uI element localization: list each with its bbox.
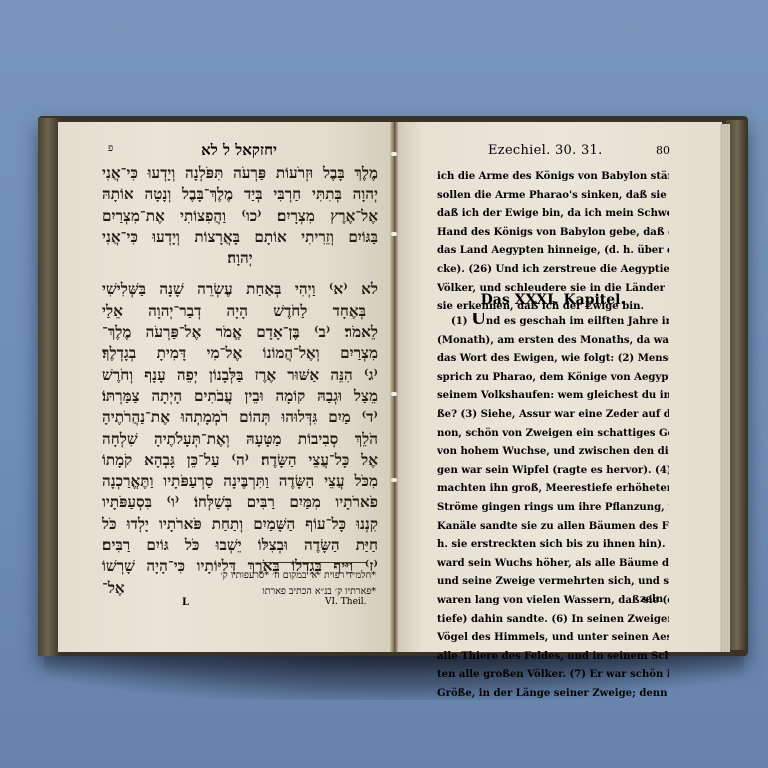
german-line: (Monath), am ersten des Monaths, da ward… (437, 332, 669, 351)
german-line: h. sie erstreckten sich bis zu ihnen hin… (437, 536, 669, 555)
german-line: non, schön von Zweigen ein schattiges Ge… (437, 425, 669, 444)
german-line: ße? (3) Siehe, Assur war eine Zeder auf … (437, 406, 669, 425)
page-number: 80 (656, 144, 670, 157)
hebrew-line: אֶל כָּל־עֲצֵי הַשָּׂדֶה׃ ⁽ה⁾ עַל־כֵּן ג… (102, 450, 378, 471)
hebrew-line: ⁽ד⁾ מַיִם גִּדְּלוּהוּ תְּהוֹם רֹמְמָתְה… (102, 407, 378, 428)
german-running-head: Ezechiel. 30. 31. 80 (410, 143, 710, 161)
hebrew-line: קִנְנוּ כָּל־עוֹף הַשָּׁמַיִם וְתַחַת פֹ… (102, 514, 378, 535)
signature-letter: L (182, 597, 189, 608)
volume-mark: VI. Theil. (325, 597, 367, 607)
german-line: Ströme gingen rings um ihre Pflanzung, u… (437, 499, 669, 518)
german-line: ich die Arme des Königs von Babylon stär… (437, 168, 669, 187)
footnote-rule (262, 562, 366, 563)
hebrew-line: מֶלֶךְ בָּבֶל וּזְרֹעוֹת פַּרְעֹה תִּפֹּ… (102, 163, 378, 184)
hebrew-line: בַּגּוֹיִם וְזֵרִיתִי אוֹתָם בָּאֲרָצוֹת… (102, 227, 378, 248)
german-line: Größe, in der Länge seiner Zweige; denn … (437, 685, 669, 704)
german-line: daß ich der Ewige bin, da ich mein Schwe… (437, 205, 669, 224)
german-first-line-text: nd es geschah im eilften Jahre im dritte… (486, 316, 669, 327)
hebrew-footnote: *חלמ״ד רפוית ״א׳ במקום ה׳ *סרעפותיו ק׳ (140, 568, 376, 584)
german-line: gen war sein Wipfel (ragte es hervor). (… (437, 462, 669, 481)
catchword: zeln (640, 594, 663, 605)
german-line: ten alle großen Völker. (7) Er war schön… (437, 666, 669, 685)
german-line: waren lang von vielen Wassern, daß sie (… (437, 592, 669, 611)
page-edges (720, 124, 730, 652)
book-cover-left-edge (38, 118, 60, 656)
german-line: sollen die Arme Pharao's sinken, daß sie… (437, 187, 669, 206)
german-line: cke). (26) Und ich zerstreue die Aegypti… (437, 261, 669, 280)
hebrew-line: אֶל־אֶרֶץ מִצְרָיִם׃ ⁽כו⁾ וַהֲפִצוֹתִי א… (102, 206, 378, 227)
hebrew-folio-mark: פ (108, 143, 113, 154)
binding-stitch (391, 152, 397, 156)
hebrew-text-block: מֶלֶךְ בָּבֶל וּזְרֹעוֹת פַּרְעֹה תִּפֹּ… (102, 163, 378, 599)
german-line: sprich zu Pharao, dem Könige von Aegypte… (437, 369, 669, 388)
german-line: Vögel des Himmels, und unter seinen Aest… (437, 629, 669, 648)
hebrew-line: לֵאמֹר׃ ⁽ב⁾ בֶּן־אָדָם אֱמֹר אֶל־פַּרְעֹ… (102, 322, 378, 343)
hebrew-line: חַיַּת הַשָּׂדֶה וּבְצִלּוֹ יֵשְׁבוּ כֹּ… (102, 535, 378, 556)
binding-stitch (391, 232, 397, 236)
german-line: alle Thiere des Feldes, und in seinem Sc… (437, 648, 669, 667)
german-book-reference: Ezechiel. 30. 31. (488, 143, 603, 158)
chapter-title: Das XXXI. Kapitel. (437, 292, 669, 308)
german-line: tiefe) dahin sandte. (6) In seinen Zweig… (437, 611, 669, 630)
dropcap: U (471, 313, 486, 329)
binding-stitch (391, 392, 397, 396)
hebrew-chapter-start-line: לא ⁽א⁾ וַיְהִי בְּאַחַת עֶשְׂרֵה שָׁנָה … (102, 279, 378, 300)
german-first-line: (1) Und es geschah im eilften Jahre im d… (437, 313, 669, 332)
hebrew-line: יְהוָה׃ (102, 248, 378, 269)
book-gutter (390, 122, 398, 652)
hebrew-line: ⁽ג⁾ הִנֵּה אַשּׁוּר אֶרֶז בַּלְּבָנוֹן י… (102, 365, 378, 386)
hebrew-running-head: יחזקאל ל לא פ (100, 141, 378, 161)
hebrew-line: הֹלֵךְ סְבִיבוֹת מַטָּעָהּ וְאֶת־תְּעָלֹ… (102, 429, 378, 450)
hebrew-line: מֵצַל וּגְבַהּ קוֹמָה וּבֵין עֲבֹתִים הָ… (102, 386, 378, 407)
german-line: und seine Zweige vermehrten sich, und se… (437, 573, 669, 592)
german-line: machten ihn groß, Meerestiefe erhöheten … (437, 480, 669, 499)
german-line: seinem Volkshaufen: wem gleichest du in … (437, 387, 669, 406)
german-line: das Land Aegypten hinneige, (d. h. über … (437, 242, 669, 261)
hebrew-line: בְּאֶחָד לַחֹדֶשׁ הָיָה דְבַר־יְהוָה אֵל… (102, 301, 378, 322)
hebrew-chapter-heading: יחזקאל ל לא (100, 141, 378, 160)
binding-stitch (391, 478, 397, 482)
german-line: ward sein Wuchs höher, als alle Bäume de… (437, 555, 669, 574)
verse-number: (1) (451, 316, 468, 327)
german-text-block-chapter: (1) Und es geschah im eilften Jahre im d… (437, 313, 669, 703)
german-line: Kanäle sandte sie zu allen Bäumen des Fe… (437, 518, 669, 537)
hebrew-line: מִצְרַיִם וְאֶל־הֲמוֹנוֹ אֶל־מִי דָּמִית… (102, 343, 378, 364)
german-line: von hohem Wuchse, und zwischen den dicht… (437, 443, 669, 462)
hebrew-line: פֹארֹתָיו מִמַּיִם רַבִּים בְּשַׁלְּחוֹ׃… (102, 492, 378, 513)
german-line: Hand des Königs von Babylon gebe, daß er… (437, 224, 669, 243)
hebrew-line: מִכֹּל עֲצֵי הַשָּׂדֶה וַתִּרְבֶּינָה סַ… (102, 471, 378, 492)
hebrew-footnotes: *חלמ״ד רפוית ״א׳ במקום ה׳ *סרעפותיו ק׳ *… (140, 568, 376, 600)
german-line: das Wort des Ewigen, wie folgt: (2) Mens… (437, 350, 669, 369)
hebrew-line: יְהוָה בְּתִתִּי חַרְבִּי בְּיַד מֶלֶךְ־… (102, 184, 378, 205)
